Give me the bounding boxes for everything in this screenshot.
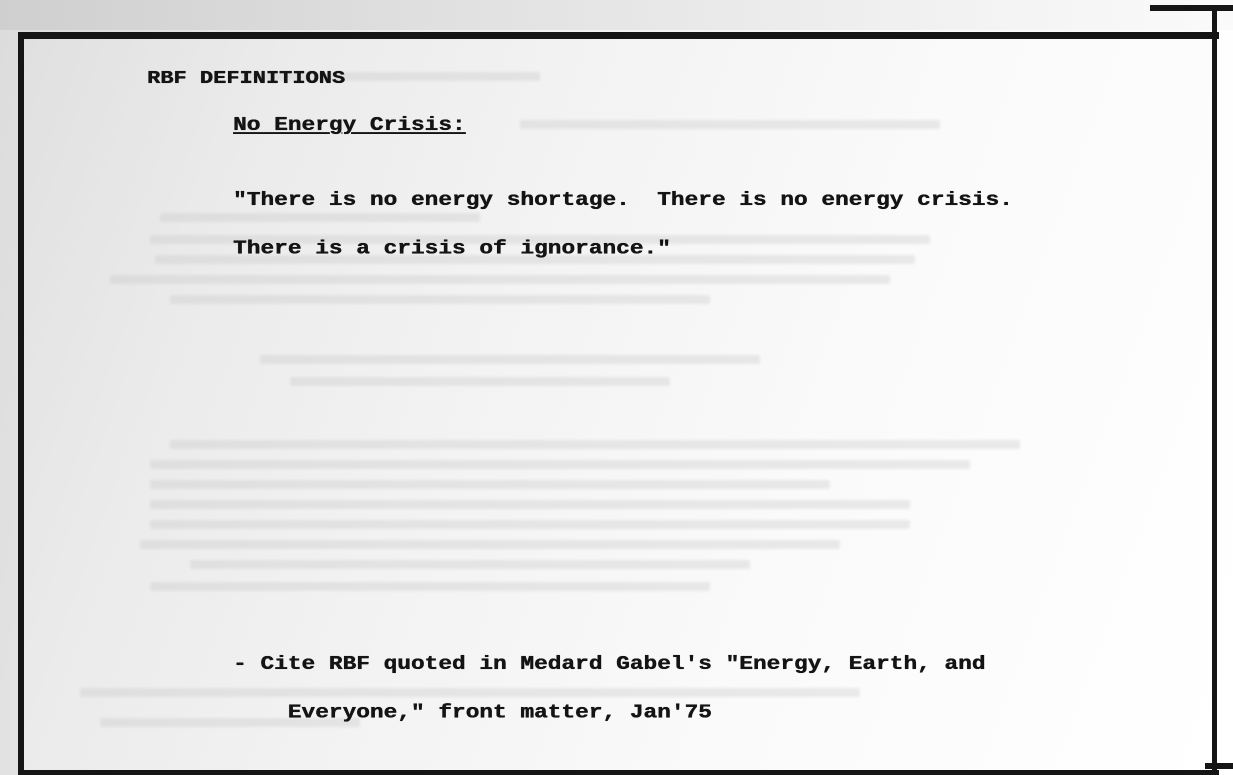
frame-top-border-extension — [1150, 5, 1233, 11]
citation-line: - Cite RBF quoted in Medard Gabel's "Ene… — [233, 656, 985, 672]
page-margin-top — [0, 0, 1233, 30]
citation: - Cite RBF quoted in Medard Gabel's "Ene… — [233, 624, 985, 753]
frame-right-border — [1212, 6, 1217, 775]
page-title: RBF DEFINITIONS — [147, 70, 345, 86]
definition-term: No Energy Crisis: — [233, 117, 466, 133]
quote-line: There is a crisis of ignorance." — [233, 241, 1013, 257]
frame-bottom-border-extension — [1205, 763, 1233, 769]
quote-line: "There is no energy shortage. There is n… — [233, 192, 1013, 208]
citation-line: Everyone," front matter, Jan'75 — [233, 705, 985, 721]
definition-quote: "There is no energy shortage. There is n… — [233, 160, 1013, 289]
